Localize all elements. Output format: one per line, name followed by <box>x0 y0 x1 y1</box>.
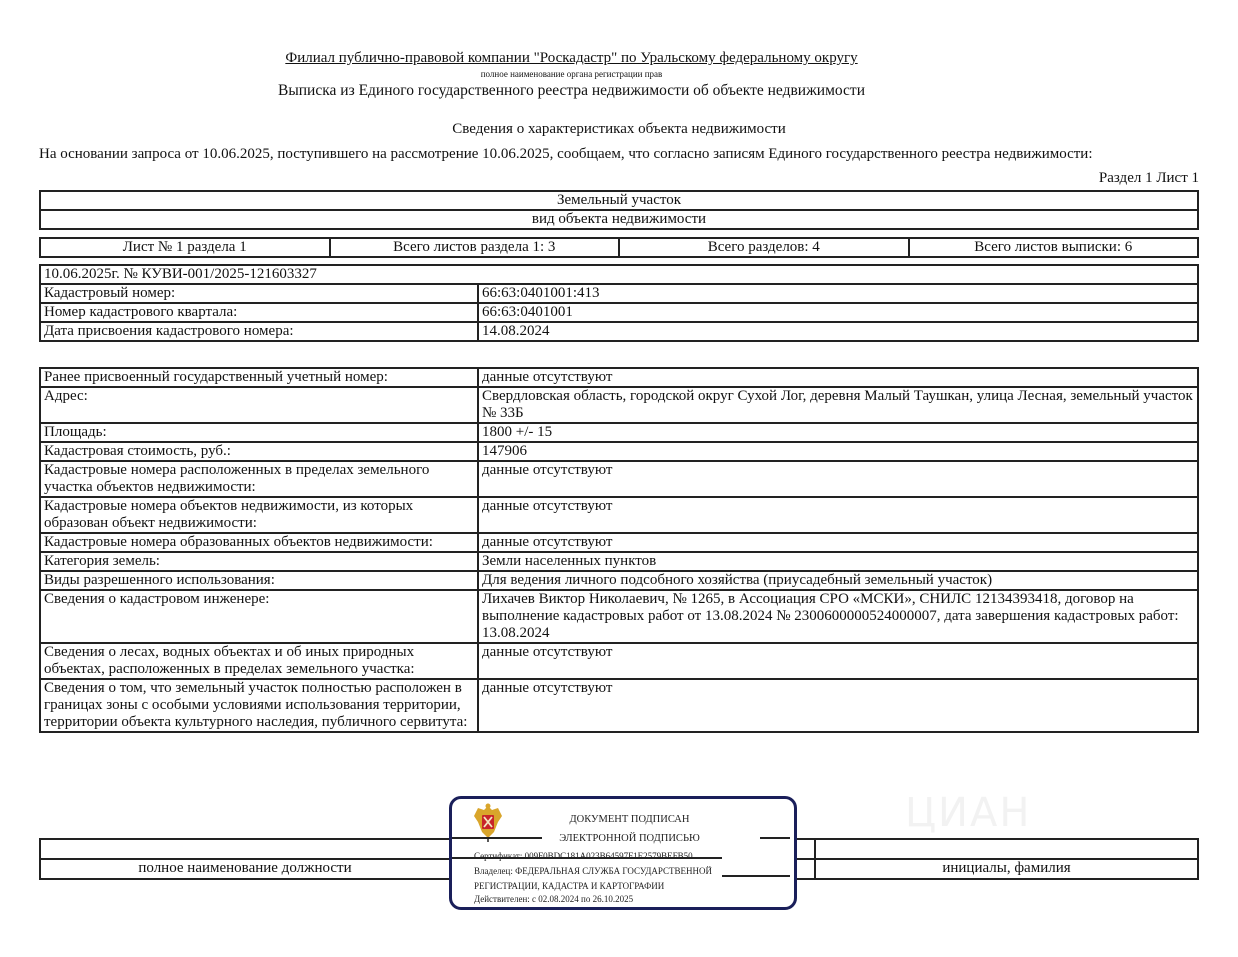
row-value: данные отсутствуют <box>478 368 1198 387</box>
total-extract-sheets: Всего листов выписки: 6 <box>909 238 1199 257</box>
row-label: Кадастровые номера образованных объектов… <box>40 533 478 552</box>
record-table: 10.06.2025г. № КУВИ-001/2025-121603327 К… <box>39 264 1199 342</box>
table-row: Сведения о кадастровом инженере:Лихачев … <box>40 590 1198 643</box>
row-value: 66:63:0401001:413 <box>478 284 1198 303</box>
row-label: Виды разрешенного использования: <box>40 571 478 590</box>
object-type-caption: вид объекта недвижимости <box>40 210 1198 229</box>
document-title: Выписка из Единого государственного реес… <box>0 82 1143 100</box>
row-label: Кадастровые номера расположенных в преде… <box>40 461 478 497</box>
table-row: Кадастровые номера образованных объектов… <box>40 533 1198 552</box>
sheet-number: Лист № 1 раздела 1 <box>40 238 330 257</box>
total-sections: Всего разделов: 4 <box>619 238 909 257</box>
stamp-owner-line2: РЕГИСТРАЦИИ, КАДАСТРА И КАРТОГРАФИИ <box>474 881 664 891</box>
row-label: Дата присвоения кадастрового номера: <box>40 322 478 341</box>
table-row: Категория земель:Земли населенных пункто… <box>40 552 1198 571</box>
row-label: Кадастровые номера объектов недвижимости… <box>40 497 478 533</box>
row-value: 1800 +/- 15 <box>478 423 1198 442</box>
stamp-title-line1: ДОКУМЕНТ ПОДПИСАН <box>452 814 807 825</box>
row-label: Адрес: <box>40 387 478 423</box>
row-value: данные отсутствуют <box>478 533 1198 552</box>
table-row: Адрес:Свердловская область, городской ок… <box>40 387 1198 423</box>
stamp-certificate: Сертификат: 009F0BDC181A023B64597F1E2579… <box>474 851 693 861</box>
object-type-table: Земельный участок вид объекта недвижимос… <box>39 190 1199 230</box>
total-section-sheets: Всего листов раздела 1: 3 <box>330 238 620 257</box>
row-value: 66:63:0401001 <box>478 303 1198 322</box>
object-type-value: Земельный участок <box>40 191 1198 210</box>
row-value: данные отсутствуют <box>478 679 1198 732</box>
row-value: данные отсутствуют <box>478 461 1198 497</box>
row-value: данные отсутствуют <box>478 643 1198 679</box>
row-value: Лихачев Виктор Николаевич, № 1265, в Асс… <box>478 590 1198 643</box>
row-label: Сведения о том, что земельный участок по… <box>40 679 478 732</box>
row-label: Сведения о лесах, водных объектах и об и… <box>40 643 478 679</box>
organization-caption: полное наименование органа регистрации п… <box>0 69 1143 79</box>
table-row: Ранее присвоенный государственный учетны… <box>40 368 1198 387</box>
table-row: Сведения о лесах, водных объектах и об и… <box>40 643 1198 679</box>
table-row: Кадастровая стоимость, руб.:147906 <box>40 442 1198 461</box>
section-reference: Раздел 1 Лист 1 <box>1099 170 1199 187</box>
table-row: Виды разрешенного использования:Для веде… <box>40 571 1198 590</box>
stamp-divider <box>452 857 722 859</box>
sheets-table: Лист № 1 раздела 1 Всего листов раздела … <box>39 237 1199 258</box>
name-field <box>815 839 1198 859</box>
row-label: Кадастровый номер: <box>40 284 478 303</box>
watermark: ЦИАН <box>905 790 1031 836</box>
row-value: 14.08.2024 <box>478 322 1198 341</box>
row-label: Номер кадастрового квартала: <box>40 303 478 322</box>
position-caption: полное наименование должности <box>40 859 450 879</box>
table-row: Номер кадастрового квартала:66:63:040100… <box>40 303 1198 322</box>
basis-text: На основании запроса от 10.06.2025, пост… <box>39 146 1093 163</box>
row-value: данные отсутствуют <box>478 497 1198 533</box>
row-label: Площадь: <box>40 423 478 442</box>
stamp-validity: Действителен: с 02.08.2024 по 26.10.2025 <box>474 894 633 904</box>
row-label: Сведения о кадастровом инженере: <box>40 590 478 643</box>
document-subtitle: Сведения о характеристиках объекта недви… <box>0 121 1238 138</box>
row-label: Категория земель: <box>40 552 478 571</box>
stamp-owner-line1: Владелец: ФЕДЕРАЛЬНАЯ СЛУЖБА ГОСУДАРСТВЕ… <box>474 866 712 876</box>
table-row: Кадастровые номера расположенных в преде… <box>40 461 1198 497</box>
table-row: Кадастровый номер:66:63:0401001:413 <box>40 284 1198 303</box>
row-value: Свердловская область, городской округ Су… <box>478 387 1198 423</box>
stamp-divider <box>722 875 790 877</box>
row-value: 147906 <box>478 442 1198 461</box>
row-value: Земли населенных пунктов <box>478 552 1198 571</box>
row-label: Ранее присвоенный государственный учетны… <box>40 368 478 387</box>
position-field <box>40 839 450 859</box>
stamp-divider <box>760 837 790 839</box>
row-label: Кадастровая стоимость, руб.: <box>40 442 478 461</box>
table-row: Сведения о том, что земельный участок по… <box>40 679 1198 732</box>
electronic-signature-stamp: ДОКУМЕНТ ПОДПИСАН ЭЛЕКТРОННОЙ ПОДПИСЬЮ С… <box>449 796 797 910</box>
table-row: Площадь:1800 +/- 15 <box>40 423 1198 442</box>
table-row: Кадастровые номера объектов недвижимости… <box>40 497 1198 533</box>
record-reference: 10.06.2025г. № КУВИ-001/2025-121603327 <box>40 265 1198 284</box>
table-row: Дата присвоения кадастрового номера:14.0… <box>40 322 1198 341</box>
name-caption: инициалы, фамилия <box>815 859 1198 879</box>
stamp-divider <box>452 837 542 839</box>
organization-name: Филиал публично-правовой компании "Роска… <box>0 50 1143 67</box>
details-table: Ранее присвоенный государственный учетны… <box>39 367 1199 733</box>
row-value: Для ведения личного подсобного хозяйства… <box>478 571 1198 590</box>
